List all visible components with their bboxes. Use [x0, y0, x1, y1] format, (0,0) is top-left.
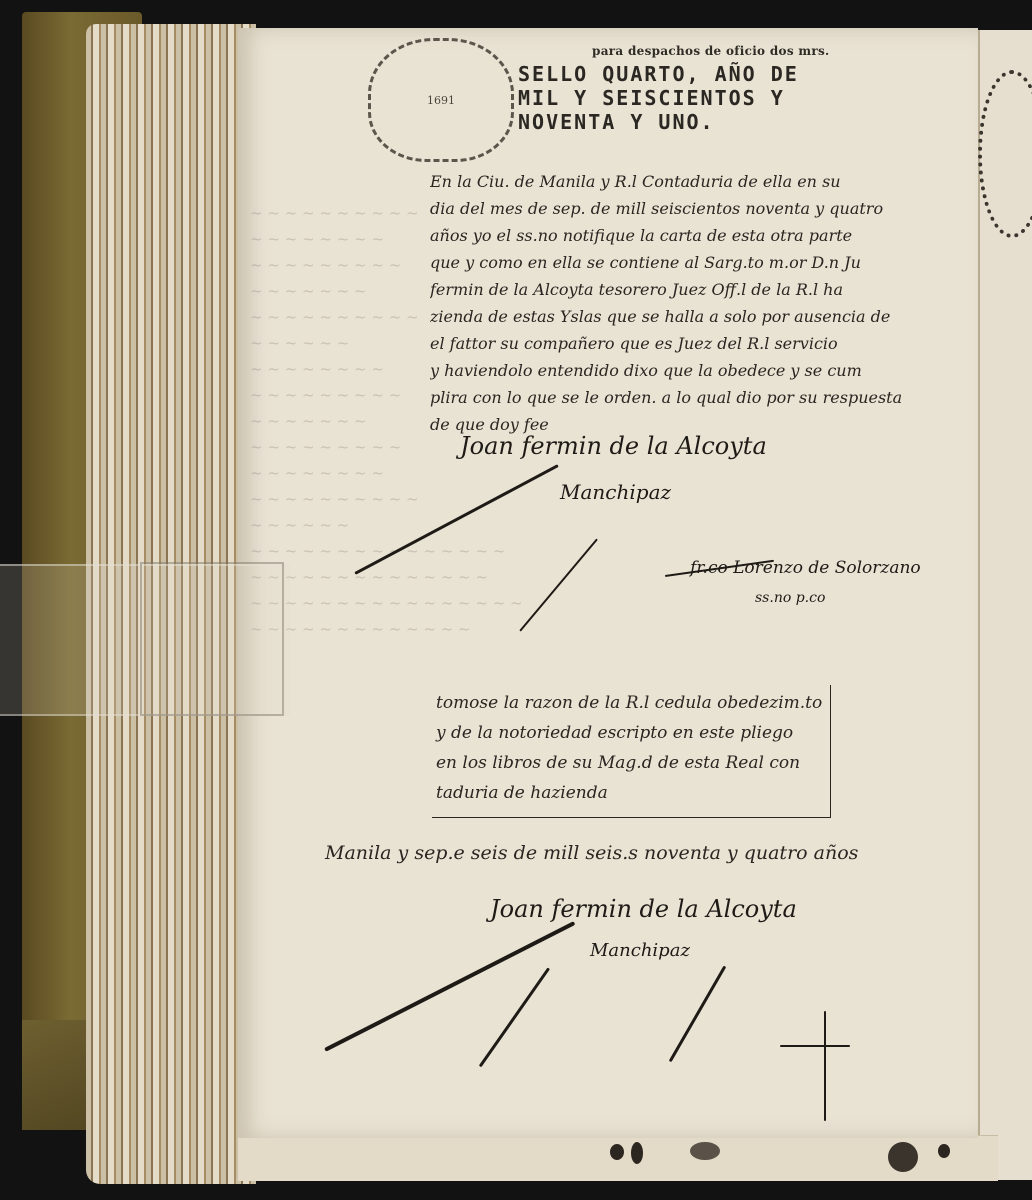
signature-notary-subline: ss.no p.co	[755, 590, 825, 606]
rubric-flourish	[780, 1045, 850, 1047]
page-lower-margin	[238, 1135, 998, 1181]
tape-clip-outline	[140, 562, 284, 716]
stamp-paper-heading: Sello quarto, año de mil y seiscientos y…	[518, 62, 918, 134]
notification-text: En la Ciu. de Manila y R.l Contaduria de…	[430, 168, 975, 438]
signature-treasurer-subline: Manchipaz	[560, 480, 671, 504]
closing-signature: Joan fermin de la Alcoyta	[490, 895, 797, 923]
seal-year: 1691	[427, 94, 455, 107]
signature-treasurer: Joan fermin de la Alcoyta	[460, 432, 767, 460]
closing-signature-subline: Manchipaz	[590, 940, 690, 961]
royal-seal-stamp: 1691	[368, 38, 514, 162]
rubric-flourish	[824, 1011, 826, 1121]
registration-note: tomose la razon de la R.l cedula obedezi…	[436, 688, 822, 808]
stamp-paper-tax-line: para despachos de oficio dos mrs.	[592, 44, 830, 58]
place-date-line: Manila y sep.e seis de mill seis.s noven…	[325, 840, 858, 867]
